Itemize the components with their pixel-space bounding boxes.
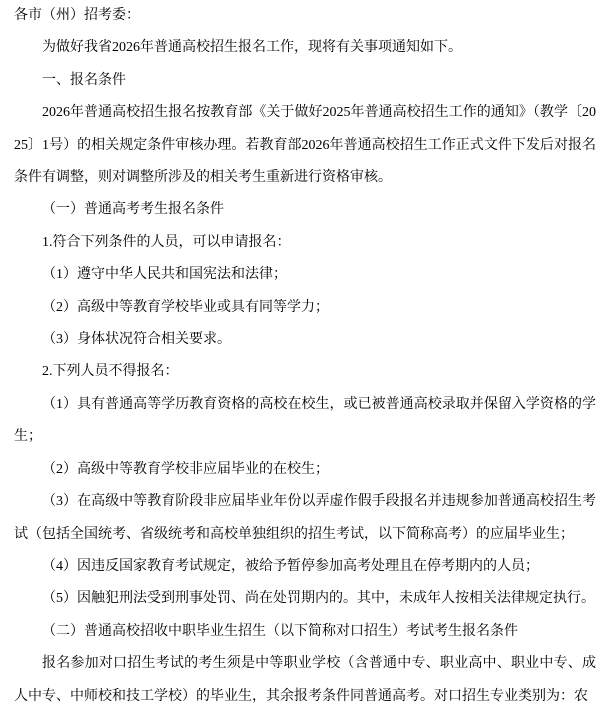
ineligible-condition-5: （5）因触犯刑法受到刑事处罚、尚在处罚期内的。其中，未成年人按相关法律规定执行。: [14, 583, 596, 615]
eligible-condition-2: （2）高级中等教育学校毕业或具有同等学力；: [14, 292, 596, 324]
ineligible-conditions-intro: 2.下列人员不得报名：: [14, 356, 596, 388]
intro-paragraph: 为做好我省2026年普通高校招生报名工作，现将有关事项通知如下。: [14, 32, 596, 64]
ineligible-condition-4: （4）因违反国家教育考试规定，被给予暂停参加高考处理且在停考期内的人员；: [14, 551, 596, 583]
subsection-2-heading: （二）普通高校招收中职毕业生招生（以下简称对口招生）考试考生报名条件: [14, 616, 596, 648]
vocational-registration-paragraph: 报名参加对口招生考试的考生须是中等职业学校（含普通中专、职业高中、职业中专、成人…: [14, 648, 596, 713]
notice-document: 各市（州）招考委： 为做好我省2026年普通高校招生报名工作，现将有关事项通知如…: [0, 0, 610, 713]
ineligible-condition-3: （3）在高级中等教育阶段非应届毕业年份以弄虚作假手段报名并违规参加普通高校招生考…: [14, 486, 596, 551]
ineligible-condition-1: （1）具有普通高等学历教育资格的高校在校生，或已被普通高校录取并保留入学资格的学…: [14, 389, 596, 454]
eligible-condition-1: （1）遵守中华人民共和国宪法和法律；: [14, 259, 596, 291]
subsection-1-heading: （一）普通高考考生报名条件: [14, 194, 596, 226]
audit-policy-paragraph: 2026年普通高校招生报名按教育部《关于做好2025年普通高校招生工作的通知》（…: [14, 97, 596, 194]
eligible-conditions-intro: 1.符合下列条件的人员，可以申请报名：: [14, 227, 596, 259]
eligible-condition-3: （3）身体状况符合相关要求。: [14, 324, 596, 356]
section-1-heading: 一、报名条件: [14, 65, 596, 97]
ineligible-condition-2: （2）高级中等教育学校非应届毕业的在校生；: [14, 454, 596, 486]
salutation-line: 各市（州）招考委：: [14, 0, 596, 32]
